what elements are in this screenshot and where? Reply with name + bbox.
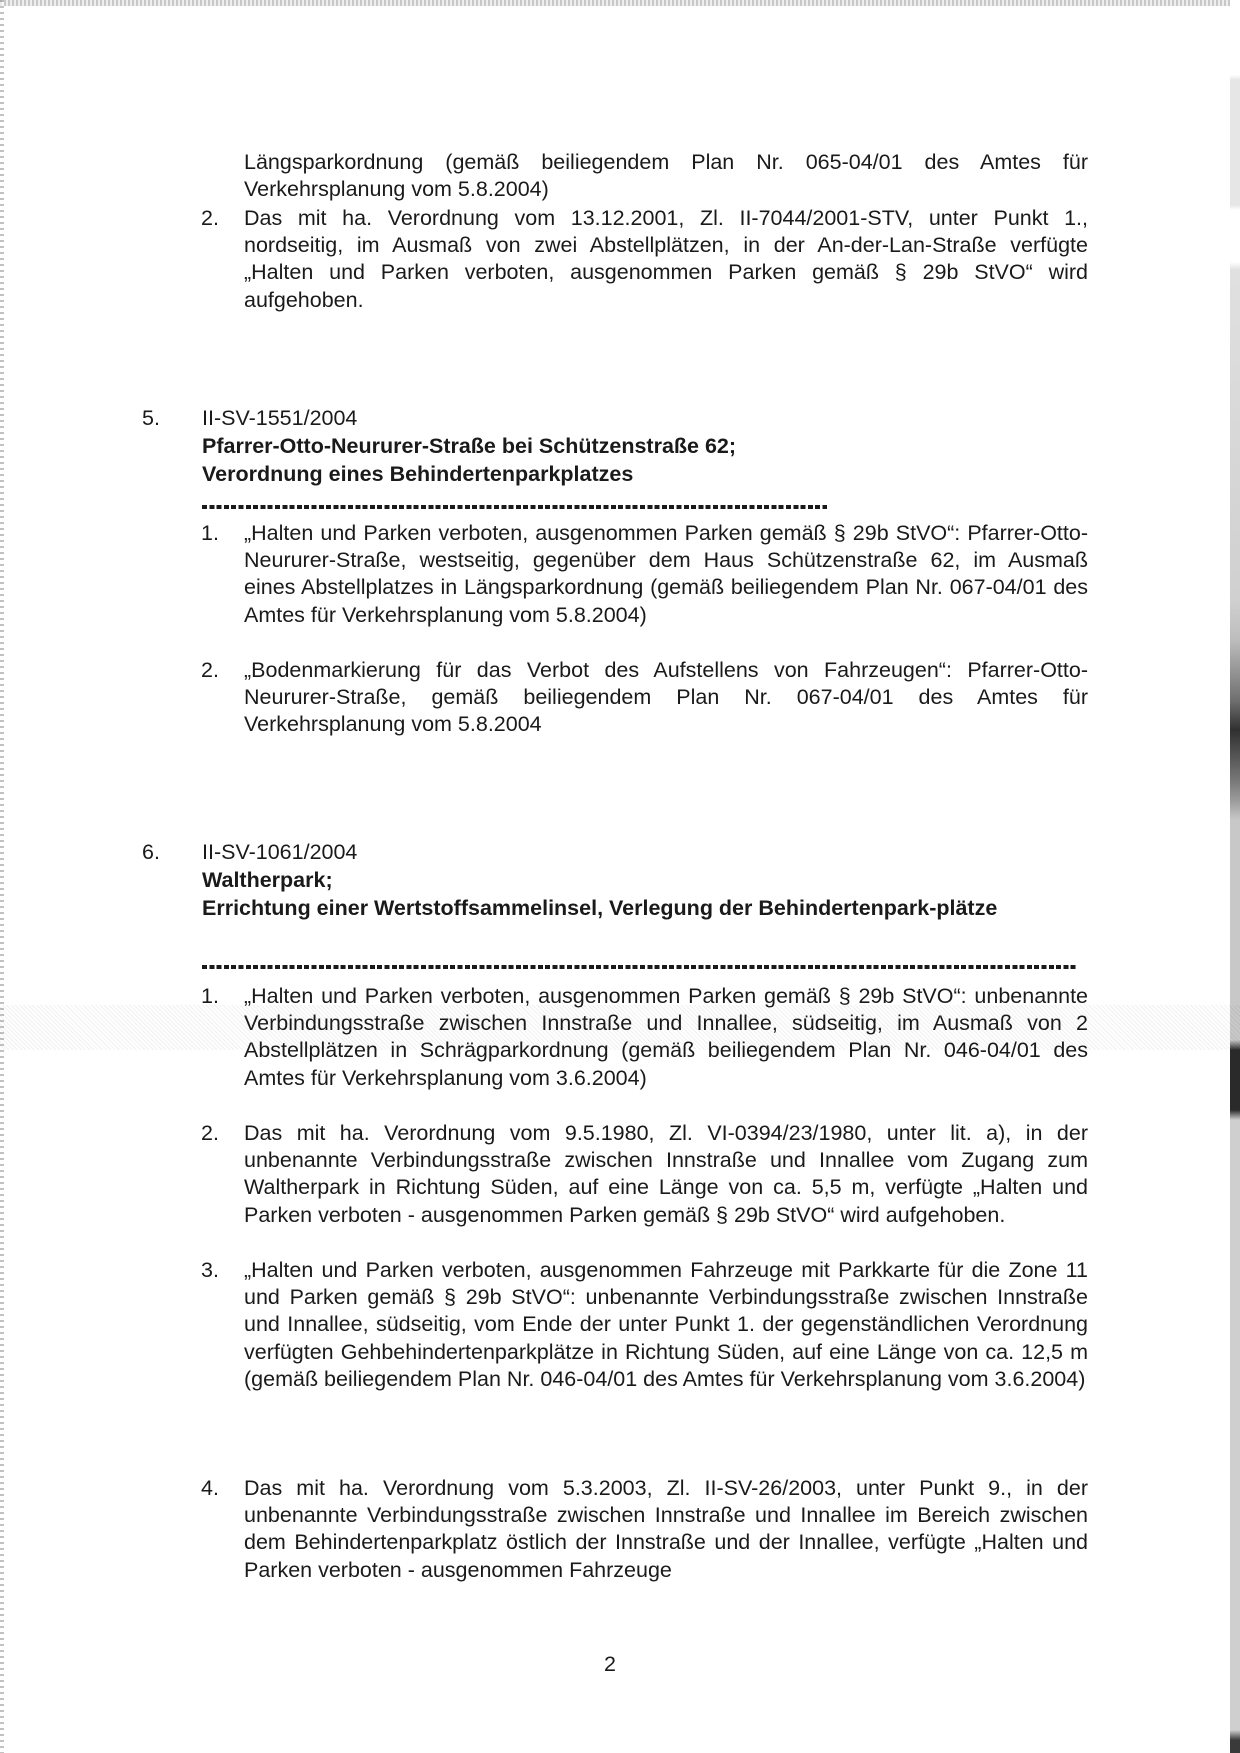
dashed-separator xyxy=(202,505,827,509)
section-title-line: Pfarrer-Otto-Neururer-Straße bei Schütze… xyxy=(202,433,902,460)
continuation-lead-text: Längsparkordnung (gemäß beiliegendem Pla… xyxy=(244,149,1088,203)
page-number: 2 xyxy=(0,1652,1220,1677)
item-text: „Bodenmarkierung für das Verbot des Aufs… xyxy=(244,657,1088,739)
list-item: 2. Das mit ha. Verordnung vom 9.5.1980, … xyxy=(201,1120,1088,1229)
document-page: Längsparkordnung (gemäß beiliegendem Pla… xyxy=(0,0,1240,1753)
section-number: 6. xyxy=(142,839,160,866)
item-number: 3. xyxy=(201,1257,219,1284)
item-text: Das mit ha. Verordnung vom 13.12.2001, Z… xyxy=(244,205,1088,314)
item-text: Das mit ha. Verordnung vom 5.3.2003, Zl.… xyxy=(244,1475,1088,1584)
item-text: Das mit ha. Verordnung vom 9.5.1980, Zl.… xyxy=(244,1120,1088,1229)
continuation-item: 2. Das mit ha. Verordnung vom 13.12.2001… xyxy=(201,205,1088,314)
item-number: 2. xyxy=(201,205,219,232)
dashed-separator xyxy=(202,965,1076,969)
list-item: 3. „Halten und Parken verboten, ausgenom… xyxy=(201,1257,1088,1393)
item-text: „Halten und Parken verboten, ausgenommen… xyxy=(244,1257,1088,1393)
list-item: 1. „Halten und Parken verboten, ausgenom… xyxy=(201,520,1088,629)
item-number: 1. xyxy=(201,983,219,1010)
item-number: 2. xyxy=(201,657,219,684)
section-title-line: Errichtung einer Wertstoffsammelinsel, V… xyxy=(202,895,1088,922)
list-item: 4. Das mit ha. Verordnung vom 5.3.2003, … xyxy=(201,1475,1088,1584)
item-number: 2. xyxy=(201,1120,219,1147)
list-item: 1. „Halten und Parken verboten, ausgenom… xyxy=(201,983,1088,1092)
section-case-id: II-SV-1061/2004 xyxy=(202,839,357,866)
section-case-id: II-SV-1551/2004 xyxy=(202,405,357,432)
section-number: 5. xyxy=(142,405,160,432)
section-title-line: Waltherpark; xyxy=(202,867,1088,894)
item-number: 4. xyxy=(201,1475,219,1502)
item-text: „Halten und Parken verboten, ausgenommen… xyxy=(244,520,1088,629)
item-number: 1. xyxy=(201,520,219,547)
section-title-line: Verordnung eines Behindertenparkplatzes xyxy=(202,461,902,488)
list-item: 2. „Bodenmarkierung für das Verbot des A… xyxy=(201,657,1088,739)
item-text: „Halten und Parken verboten, ausgenommen… xyxy=(244,983,1088,1092)
